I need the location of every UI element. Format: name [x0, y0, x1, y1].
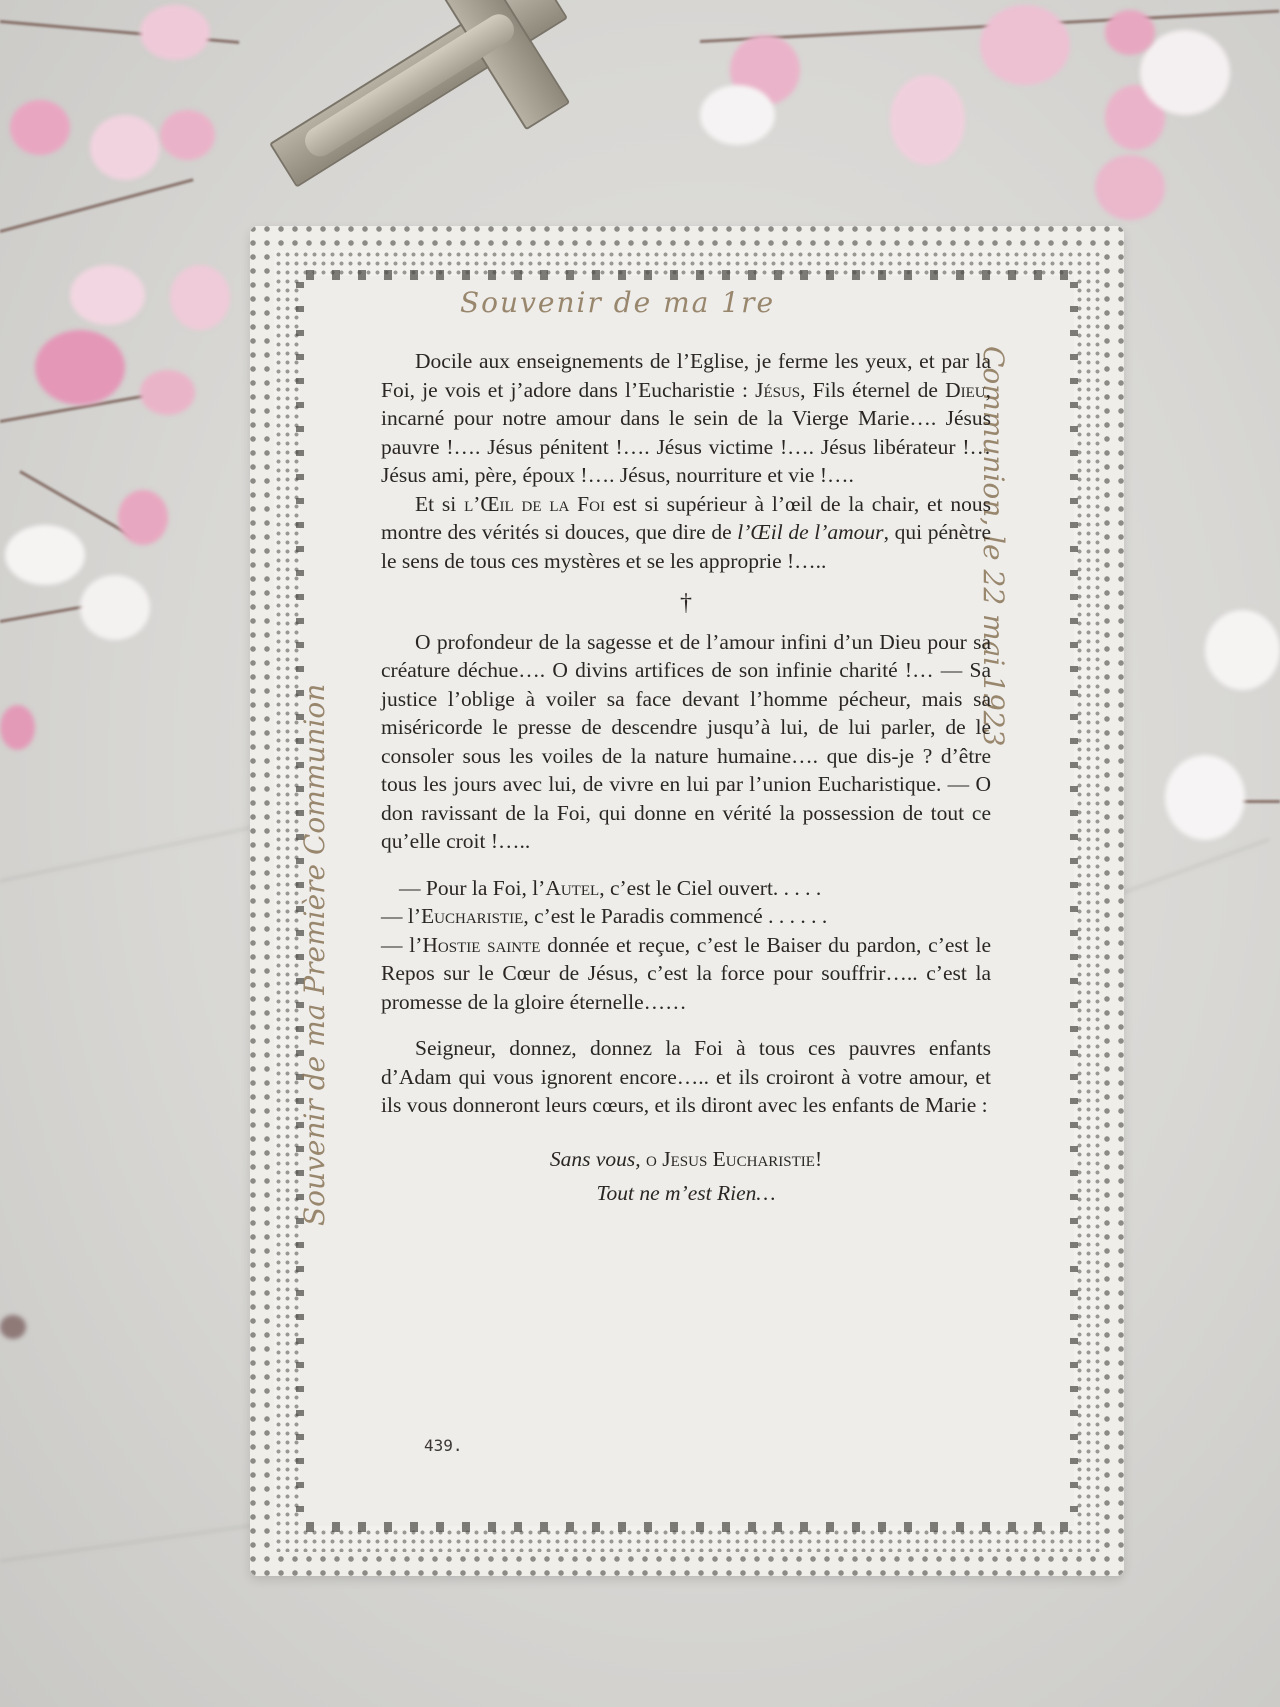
pink-flower [35, 330, 125, 405]
white-flower [5, 525, 85, 585]
white-flower [1140, 30, 1230, 115]
handwriting-left: Souvenir de ma Première Communion [298, 684, 331, 1226]
pink-flower [90, 115, 160, 180]
pink-flower [170, 265, 230, 330]
litany-line: — l’Hostie sainte donnée et reçue, c’est… [381, 931, 991, 1017]
pink-flower [1105, 10, 1155, 55]
pink-flower [70, 265, 145, 325]
pink-flower [140, 370, 195, 415]
paragraph-seigneur: Seigneur, donnez, donnez la Foi à tous c… [381, 1034, 991, 1120]
pink-flower [140, 5, 210, 60]
flower-stem [0, 178, 194, 233]
bud [0, 1315, 26, 1339]
pink-flower [1095, 155, 1165, 220]
litany-line: — l’Eucharistie, c’est le Paradis commen… [381, 902, 991, 931]
paragraph-oeil: Et si l’Œil de la Foi est si supérieur à… [381, 490, 991, 576]
card-number: 439. [424, 1436, 463, 1455]
paragraph-profondeur: O profondeur de la sagesse et de l’amour… [381, 628, 991, 856]
handwriting-top: Souvenir de ma 1re [460, 286, 775, 319]
pink-flower [10, 100, 70, 155]
cross-divider-icon: † [381, 589, 991, 618]
prayer-text: Docile aux enseignements de l’Eglise, je… [381, 347, 991, 1210]
paragraph-docile: Docile aux enseignements de l’Eglise, je… [381, 347, 991, 490]
white-flower [1165, 755, 1245, 840]
white-flower [1205, 610, 1280, 690]
pink-flower [890, 75, 965, 165]
cross-stitch-border-bottom [300, 1522, 1074, 1532]
white-flower [80, 575, 150, 640]
pink-flower [0, 705, 35, 750]
closing-invocation: Sans vous, o Jesus Eucharistie! Tout ne … [381, 1142, 991, 1210]
pink-flower [160, 110, 215, 160]
white-flower [700, 85, 775, 145]
pink-flower [118, 490, 168, 545]
cross-stitch-border-right [1070, 276, 1078, 1526]
marble-vein [1100, 838, 1270, 901]
cross-stitch-border-top [300, 270, 1074, 280]
litany-line: — Pour la Foi, l’Autel, c’est le Ciel ou… [381, 874, 991, 903]
crucifix-corpus [300, 9, 519, 162]
pink-flower [980, 5, 1070, 85]
holy-card: Souvenir de ma 1re Communion, le 22 mai … [250, 226, 1124, 1576]
